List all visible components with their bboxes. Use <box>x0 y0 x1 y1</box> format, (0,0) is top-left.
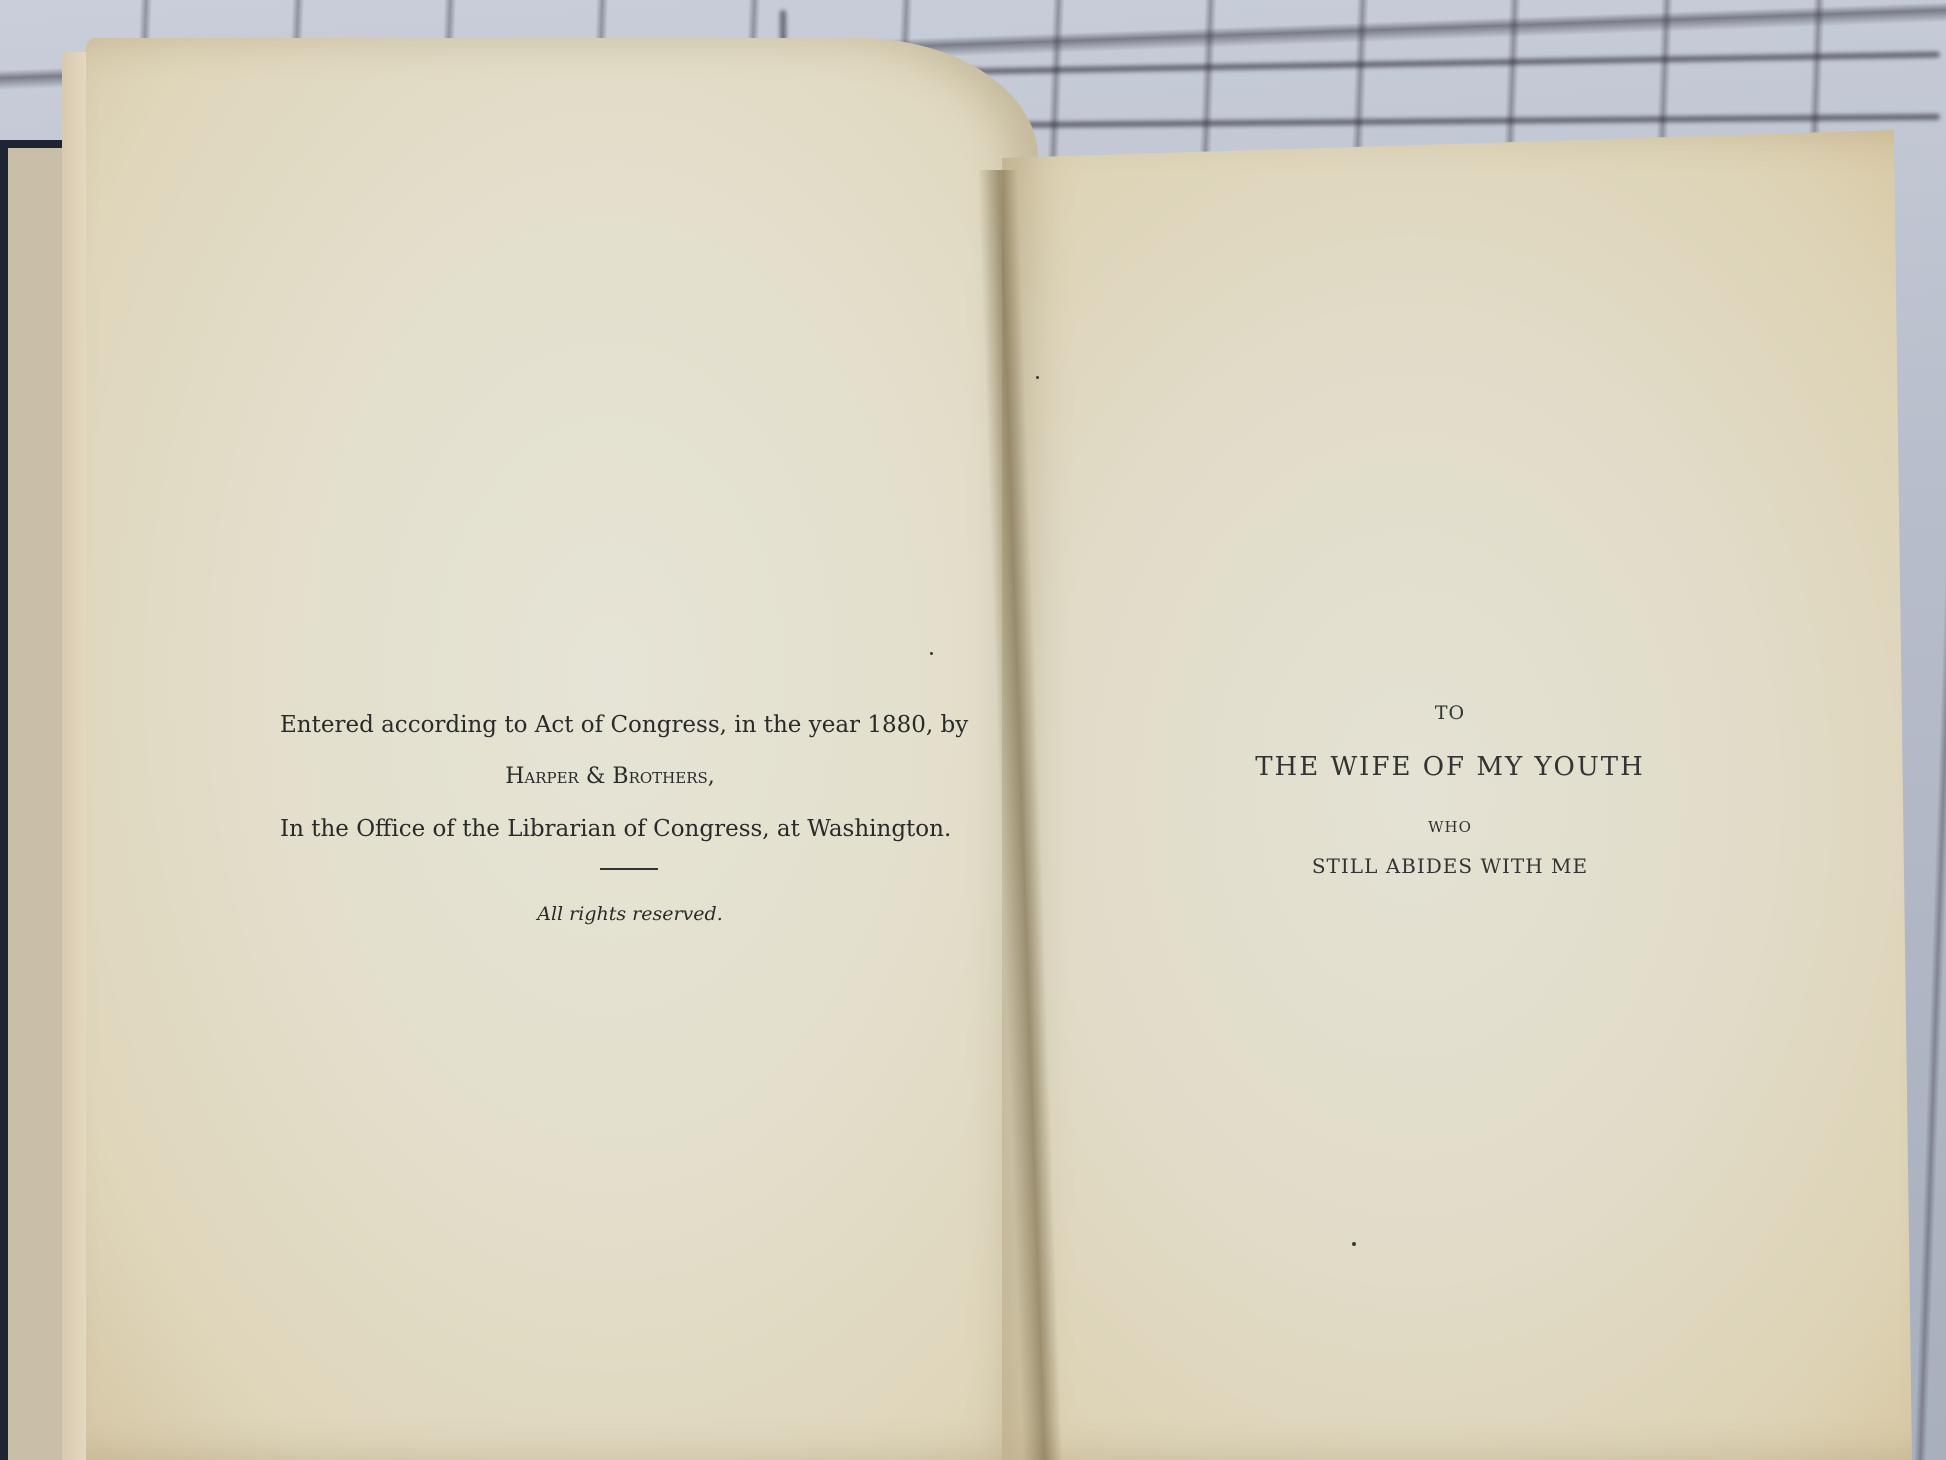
dedication-who: WHO <box>1200 818 1700 836</box>
copyright-statement: Entered according to Act of Congress, in… <box>280 712 940 738</box>
paper-speck <box>1352 1242 1356 1246</box>
office-statement: In the Office of the Librarian of Congre… <box>280 816 940 842</box>
cover-endpaper <box>8 148 68 1460</box>
left-page <box>86 38 1038 1460</box>
paper-speck <box>1036 376 1039 379</box>
divider-rule <box>600 868 658 870</box>
right-page <box>1002 130 1912 1460</box>
publisher-name: Harper & Brothers, <box>280 764 940 789</box>
dedication-to: TO <box>1200 702 1700 724</box>
dedication-closing: STILL ABIDES WITH ME <box>1200 854 1700 878</box>
dedication-main: THE WIFE OF MY YOUTH <box>1200 752 1700 782</box>
paper-speck <box>930 652 933 655</box>
rights-reserved: All rights reserved. <box>480 903 780 925</box>
